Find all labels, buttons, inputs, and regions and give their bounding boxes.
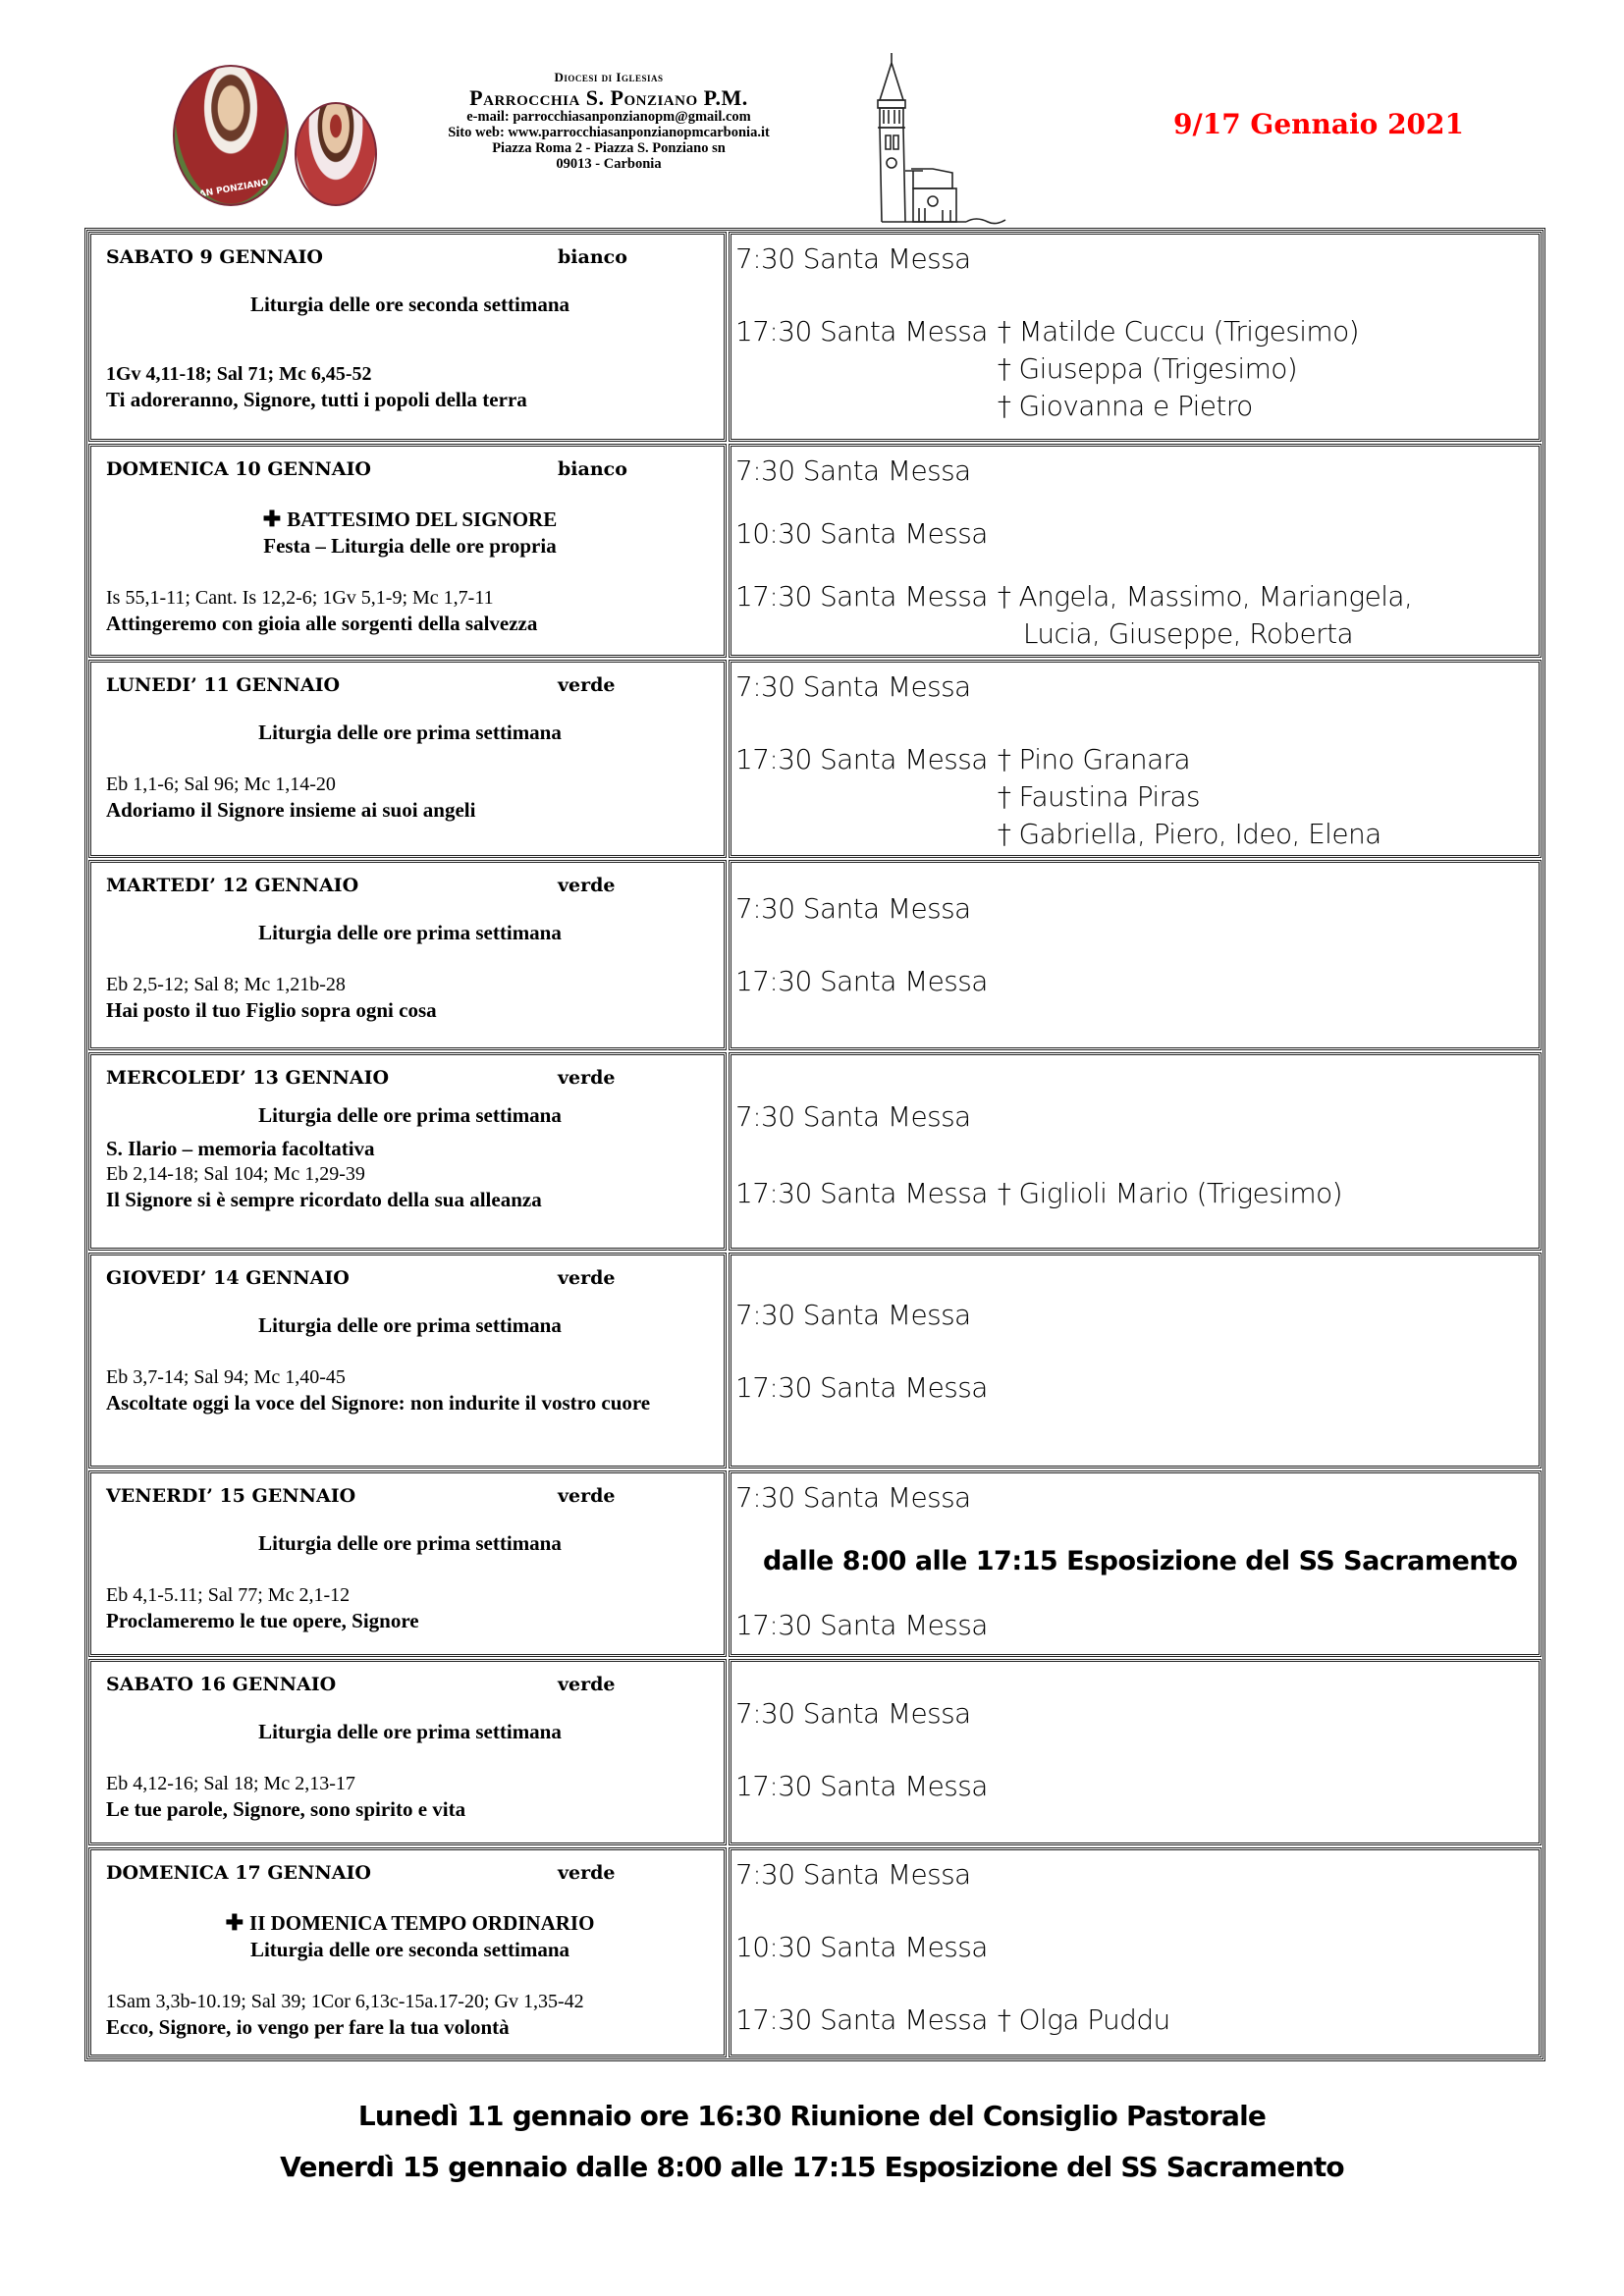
mass-entry: 7:30 Santa Messa [735,1098,1533,1136]
mass-time: 17:30 Santa Messa [735,1607,988,1644]
day-name: LUNEDI’ 11 GENNAIO [106,674,558,696]
mass-intention: † Olga Puddu [998,2002,1170,2039]
mass-intention: † Pino Granara [998,741,1381,778]
mass-time: 17:30 Santa Messa [735,1768,988,1805]
liturgical-color: verde [558,1862,705,1884]
mass-entry: 7:30 Santa Messa [735,1479,1533,1517]
weekly-schedule-table: SABATO 9 GENNAIO bianco Liturgia delle o… [84,228,1545,2061]
day-info-cell: GIOVEDI’ 14 GENNAIO verde Liturgia delle… [88,1253,727,1468]
mass-entry: 10:30 Santa Messa [735,515,1533,553]
mass-entry: 7:30 Santa Messa [735,890,1533,928]
notices: Lunedì 11 gennaio ore 16:30 Riunione del… [0,2091,1624,2193]
parish-address: Piazza Roma 2 - Piazza S. Ponziano sn [393,141,825,157]
mass-intentions: † Giglioli Mario (Trigesimo) [988,1175,1342,1212]
readings: Eb 2,5-12; Sal 8; Mc 1,21b-28 [106,972,714,997]
masses-cell: 7:30 Santa Messa 17:30 Santa Messa [729,860,1542,1050]
mass-entry: 17:30 Santa Messa† Angela, Massimo, Mari… [735,578,1533,653]
masses-cell: 7:30 Santa Messa 10:30 Santa Messa 17:30… [729,444,1542,658]
parish-name: Parrocchia S. Ponziano P.M. [393,86,825,110]
mass-intention: † Matilde Cuccu (Trigesimo) [998,313,1359,350]
mass-time: 7:30 Santa Messa [735,1856,971,1894]
day-info-cell: VENERDI’ 15 GENNAIO verde Liturgia delle… [88,1470,727,1657]
day-info-cell: MERCOLEDI’ 13 GENNAIO verde Liturgia del… [88,1052,727,1251]
day-row: GIOVEDI’ 14 GENNAIO verde Liturgia delle… [87,1252,1543,1469]
psalm-antiphon: Adoriamo il Signore insieme ai suoi ange… [106,797,714,824]
psalm-antiphon: Hai posto il tuo Figlio sopra ogni cosa [106,997,714,1024]
cross-icon: ✚ [263,507,281,531]
day-header: DOMENICA 17 GENNAIO verde [106,1858,714,1888]
mass-entry: 17:30 Santa Messa [735,963,1533,1000]
liturgical-color: verde [558,674,705,696]
liturgy-of-hours: Festa – Liturgia delle ore propria [106,533,714,560]
celebration-title: II DOMENICA TEMPO ORDINARIO [249,1911,594,1935]
mass-intentions: † Pino Granara† Faustina Piras† Gabriell… [988,741,1381,853]
cross-icon: ✚ [226,1910,244,1935]
readings: Eb 2,14-18; Sal 104; Mc 1,29-39 [106,1161,714,1187]
day-row: DOMENICA 10 GENNAIO bianco ✚BATTESIMO DE… [87,443,1543,659]
mass-time: 17:30 Santa Messa [735,578,988,653]
mass-time: 7:30 Santa Messa [735,1479,971,1517]
mass-intentions: † Matilde Cuccu (Trigesimo)† Giuseppa (T… [988,313,1359,425]
mass-time: 17:30 Santa Messa [735,741,988,853]
mass-time: 17:30 Santa Messa [735,2002,988,2039]
day-name: VENERDI’ 15 GENNAIO [106,1485,558,1507]
day-header: LUNEDI’ 11 GENNAIO verde [106,670,714,700]
readings: 1Sam 3,3b-10.19; Sal 39; 1Cor 6,13c-15a.… [106,1989,714,2014]
liturgy-of-hours: Liturgia delle ore seconda settimana [106,292,714,318]
celebration: ✚II DOMENICA TEMPO ORDINARIO [106,1909,714,1937]
medallion-label: SAN PONZIANO [175,175,287,204]
mass-intention: † Giuseppa (Trigesimo) [998,350,1359,388]
mass-time: 7:30 Santa Messa [735,240,971,278]
mass-time: 7:30 Santa Messa [735,890,971,928]
notice-pastoral-council: Lunedì 11 gennaio ore 16:30 Riunione del… [0,2091,1624,2142]
day-name: MARTEDI’ 12 GENNAIO [106,875,558,896]
mass-entry: 7:30 Santa Messa [735,668,1533,706]
day-row: SABATO 9 GENNAIO bianco Liturgia delle o… [87,231,1543,443]
day-row: DOMENICA 17 GENNAIO verde ✚II DOMENICA T… [87,1846,1543,2058]
mass-entry: 7:30 Santa Messa [735,453,1533,490]
mass-entry: 10:30 Santa Messa [735,1929,1533,1966]
mass-entry: 17:30 Santa Messa† Giglioli Mario (Trige… [735,1175,1533,1212]
day-header: MARTEDI’ 12 GENNAIO verde [106,871,714,900]
liturgical-color: verde [558,1485,705,1507]
day-info-cell: SABATO 9 GENNAIO bianco Liturgia delle o… [88,232,727,442]
readings: Is 55,1-11; Cant. Is 12,2-6; 1Gv 5,1-9; … [106,585,714,611]
liturgical-color: bianco [558,458,705,480]
mass-intentions: † Olga Puddu [988,2002,1170,2039]
church-tower-icon [864,53,1031,226]
day-header: VENERDI’ 15 GENNAIO verde [106,1481,714,1511]
masses-cell: 7:30 Santa Messadalle 8:00 alle 17:15 Es… [729,1470,1542,1657]
parish-email: e-mail: parrocchiasanponzianopm@gmail.co… [393,110,825,126]
day-row: LUNEDI’ 11 GENNAIO verde Liturgia delle … [87,659,1543,859]
liturgy-of-hours: Liturgia delle ore prima settimana [106,720,714,746]
san-ponziano-medallion-image: SAN PONZIANO [173,65,289,206]
parish-letterhead: Diocesi di Iglesias Parrocchia S. Ponzia… [393,71,825,173]
day-row: MERCOLEDI’ 13 GENNAIO verde Liturgia del… [87,1051,1543,1252]
diocese-name: Diocesi di Iglesias [393,71,825,84]
mass-time: 17:30 Santa Messa [735,313,988,425]
mass-entry: 7:30 Santa Messa [735,1297,1533,1334]
readings: Eb 1,1-6; Sal 96; Mc 1,14-20 [106,772,714,797]
mass-entry: 17:30 Santa Messa [735,1607,1533,1644]
mass-entry: 7:30 Santa Messa [735,240,1533,278]
psalm-antiphon: Attingeremo con gioia alle sorgenti dell… [106,611,714,637]
readings: Eb 3,7-14; Sal 94; Mc 1,40-45 [106,1364,714,1390]
mass-time: 7:30 Santa Messa [735,1297,971,1334]
mass-time: 10:30 Santa Messa [735,515,988,553]
celebration-title: BATTESIMO DEL SIGNORE [287,507,557,531]
mass-time: 17:30 Santa Messa [735,1369,988,1407]
day-name: DOMENICA 17 GENNAIO [106,1862,558,1884]
mass-time: 7:30 Santa Messa [735,1695,971,1733]
day-row: VENERDI’ 15 GENNAIO verde Liturgia delle… [87,1469,1543,1658]
day-row: MARTEDI’ 12 GENNAIO verde Liturgia delle… [87,859,1543,1051]
day-info-cell: SABATO 16 GENNAIO verde Liturgia delle o… [88,1659,727,1845]
mass-entry: 17:30 Santa Messa† Matilde Cuccu (Triges… [735,313,1533,425]
psalm-antiphon: Proclameremo le tue opere, Signore [106,1608,714,1634]
mass-intentions: † Angela, Massimo, Mariangela,Lucia, Giu… [988,578,1412,653]
mass-intention: † Gabriella, Piero, Ideo, Elena [998,816,1381,853]
mass-intention: † Angela, Massimo, Mariangela, [998,578,1412,615]
liturgical-color: verde [558,1267,705,1289]
mass-time: 10:30 Santa Messa [735,1929,988,1966]
psalm-antiphon: Il Signore si è sempre ricordato della s… [106,1187,714,1213]
day-name: DOMENICA 10 GENNAIO [106,458,558,480]
day-header: DOMENICA 10 GENNAIO bianco [106,454,714,484]
day-name: MERCOLEDI’ 13 GENNAIO [106,1067,558,1089]
psalm-antiphon: Ascoltate oggi la voce del Signore: non … [106,1390,714,1416]
day-header: GIOVEDI’ 14 GENNAIO verde [106,1263,714,1293]
day-name: SABATO 16 GENNAIO [106,1674,558,1695]
saint-memory: S. Ilario – memoria facoltativa [106,1137,714,1161]
day-name: GIOVEDI’ 14 GENNAIO [106,1267,558,1289]
notice-adoration: Venerdì 15 gennaio dalle 8:00 alle 17:15… [0,2142,1624,2193]
mass-intention: † Faustina Piras [998,778,1381,816]
mass-entry: 17:30 Santa Messa [735,1369,1533,1407]
parish-city: 09013 - Carbonia [393,157,825,173]
readings: 1Gv 4,11-18; Sal 71; Mc 6,45-52 [106,361,714,387]
day-header: SABATO 9 GENNAIO bianco [106,242,714,272]
day-info-cell: LUNEDI’ 11 GENNAIO verde Liturgia delle … [88,660,727,858]
masses-cell: 7:30 Santa Messa 17:30 Santa Messa† Mati… [729,232,1542,442]
liturgical-color: verde [558,875,705,896]
readings: Eb 4,1-5.11; Sal 77; Mc 2,1-12 [106,1582,714,1608]
mass-entry: 17:30 Santa Messa [735,1768,1533,1805]
readings: Eb 4,12-16; Sal 18; Mc 2,13-17 [106,1771,714,1796]
mass-entry: 7:30 Santa Messa [735,1856,1533,1894]
mass-time: 17:30 Santa Messa [735,963,988,1000]
adoration-notice: dalle 8:00 alle 17:15 Esposizione del SS… [735,1542,1533,1581]
day-header: MERCOLEDI’ 13 GENNAIO verde [106,1063,714,1093]
parish-website: Sito web: www.parrocchiasanponzianopmcar… [393,126,825,141]
day-header: SABATO 16 GENNAIO verde [106,1670,714,1699]
mass-intention: † Giglioli Mario (Trigesimo) [998,1175,1342,1212]
liturgical-color: bianco [558,246,705,268]
mass-time: 7:30 Santa Messa [735,1098,971,1136]
mass-intention: † Giovanna e Pietro [998,388,1359,425]
day-row: SABATO 16 GENNAIO verde Liturgia delle o… [87,1658,1543,1846]
masses-cell: 7:30 Santa Messa 17:30 Santa Messa† Gigl… [729,1052,1542,1251]
liturgy-of-hours: Liturgia delle ore prima settimana [106,920,714,946]
liturgical-color: verde [558,1067,705,1089]
day-info-cell: MARTEDI’ 12 GENNAIO verde Liturgia delle… [88,860,727,1050]
day-info-cell: DOMENICA 10 GENNAIO bianco ✚BATTESIMO DE… [88,444,727,658]
mass-time: 7:30 Santa Messa [735,453,971,490]
liturgy-of-hours: Liturgia delle ore prima settimana [106,1719,714,1745]
liturgy-of-hours: Liturgia delle ore prima settimana [106,1312,714,1339]
letterhead-header: SAN PONZIANO Diocesi di Iglesias Parrocc… [0,0,1624,226]
masses-cell: 7:30 Santa Messa 10:30 Santa Messa 17:30… [729,1847,1542,2057]
psalm-antiphon: Ecco, Signore, io vengo per fare la tua … [106,2014,714,2041]
mass-entry: 17:30 Santa Messa† Olga Puddu [735,2002,1533,2039]
liturgical-color: verde [558,1674,705,1695]
saint-medallion-image [295,102,377,206]
mass-time: 7:30 Santa Messa [735,668,971,706]
celebration: ✚BATTESIMO DEL SIGNORE [106,506,714,533]
date-range-title: 9/17 Gennaio 2021 [1173,108,1464,140]
mass-time: 17:30 Santa Messa [735,1175,988,1212]
liturgy-of-hours: Liturgia delle ore prima settimana [106,1102,714,1129]
mass-entry: 7:30 Santa Messa [735,1695,1533,1733]
masses-cell: 7:30 Santa Messa 17:30 Santa Messa† Pino… [729,660,1542,858]
day-name: SABATO 9 GENNAIO [106,246,558,268]
liturgy-of-hours: Liturgia delle ore prima settimana [106,1530,714,1557]
psalm-antiphon: Le tue parole, Signore, sono spirito e v… [106,1796,714,1823]
day-info-cell: DOMENICA 17 GENNAIO verde ✚II DOMENICA T… [88,1847,727,2057]
mass-intention: Lucia, Giuseppe, Roberta [998,615,1412,653]
masses-cell: 7:30 Santa Messa 17:30 Santa Messa [729,1253,1542,1468]
psalm-antiphon: Ti adoreranno, Signore, tutti i popoli d… [106,387,714,413]
liturgy-of-hours: Liturgia delle ore seconda settimana [106,1937,714,1963]
mass-entry: 17:30 Santa Messa† Pino Granara† Faustin… [735,741,1533,853]
masses-cell: 7:30 Santa Messa 17:30 Santa Messa [729,1659,1542,1845]
